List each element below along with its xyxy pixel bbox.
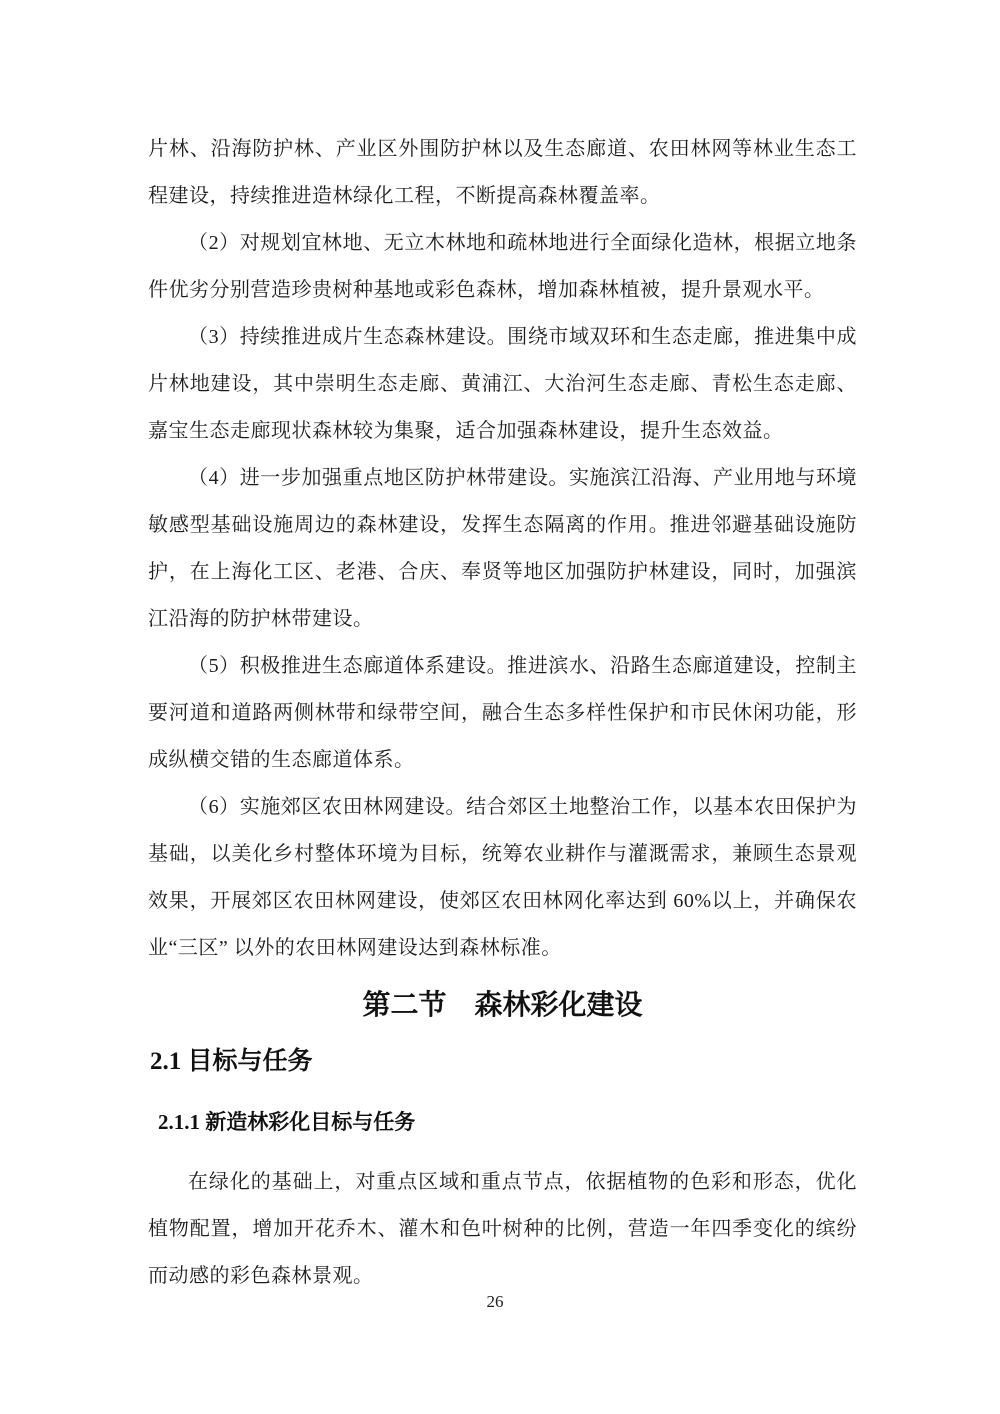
body-paragraph-item-4: （4）进一步加强重点地区防护林带建设。实施滨江沿海、产业用地与环境敏感型基础设施… [148,455,857,643]
body-paragraph-item-6: （6）实施郊区农田林网建设。结合郊区土地整治工作，以基本农田保护为基础，以美化乡… [148,784,857,972]
section-heading: 第二节 森林彩化建设 [148,986,857,1026]
body-paragraph-item-2: （2）对规划宜林地、无立木林地和疏林地进行全面绿化造林，根据立地条件优劣分别营造… [148,220,857,314]
page-content: 片林、沿海防护林、产业区外围防护林以及生态廊道、农田林网等林业生态工程建设，持续… [148,126,857,1300]
body-paragraph-continuation: 片林、沿海防护林、产业区外围防护林以及生态廊道、农田林网等林业生态工程建设，持续… [148,126,857,220]
subsection-heading: 2.1 目标与任务 [150,1044,857,1080]
body-paragraph-closing: 在绿化的基础上，对重点区域和重点节点，依据植物的色彩和形态，优化植物配置，增加开… [148,1159,857,1300]
body-paragraph-item-3: （3）持续推进成片生态森林建设。围绕市域双环和生态走廊，推进集中成片林地建设，其… [148,314,857,455]
document-page: 片林、沿海防护林、产业区外围防护林以及生态廊道、农田林网等林业生态工程建设，持续… [0,0,1000,1414]
page-number: 26 [0,1291,990,1313]
subsubsection-heading: 2.1.1 新造林彩化目标与任务 [158,1106,857,1138]
body-paragraph-item-5: （5）积极推进生态廊道体系建设。推进滨水、沿路生态廊道建设，控制主要河道和道路两… [148,643,857,784]
